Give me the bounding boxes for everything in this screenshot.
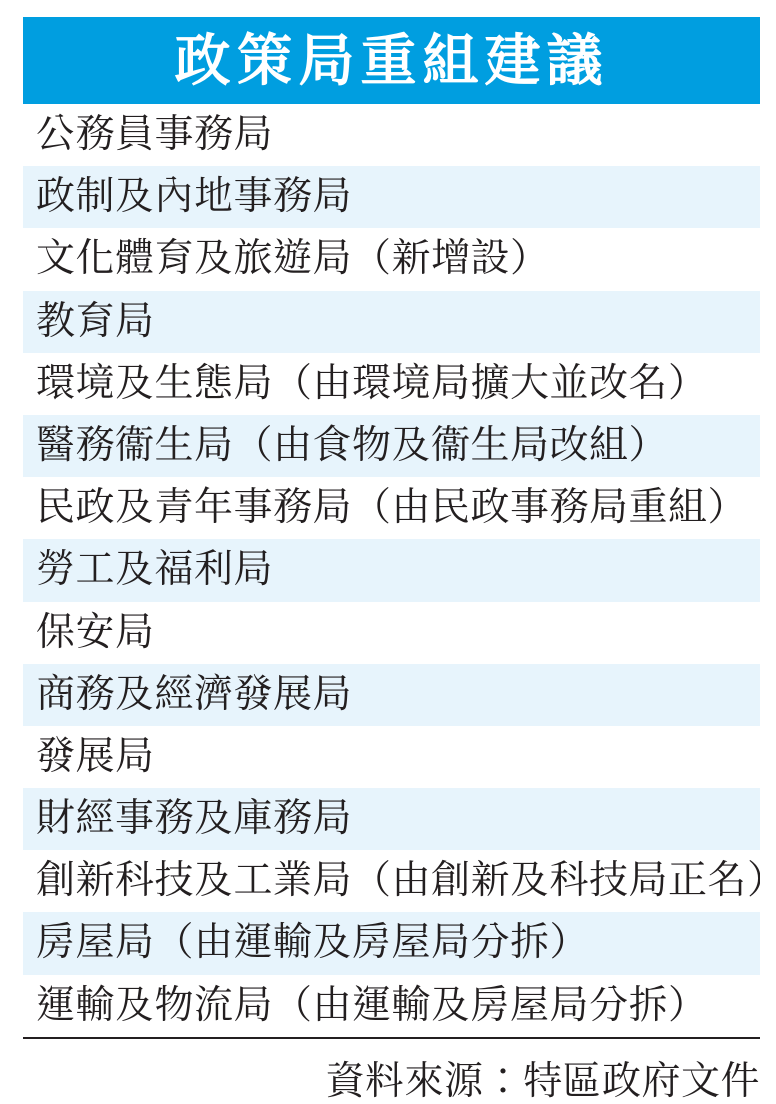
table-title: 政策局重組建議 [23,17,760,104]
table-row: 環境及生態局（由環境局擴大並改名） [23,353,760,415]
table-row: 房屋局（由運輸及房屋局分拆） [23,912,760,974]
table-row: 醫務衞生局（由食物及衞生局改組） [23,415,760,477]
table-row: 商務及經濟發展局 [23,664,760,726]
reorg-table: 政策局重組建議 公務員事務局 政制及內地事務局 文化體育及旅遊局（新增設） 教育… [23,17,760,1104]
table-row: 公務員事務局 [23,104,760,166]
table-row: 勞工及福利局 [23,539,760,601]
table-row: 財經事務及庫務局 [23,788,760,850]
table-row: 教育局 [23,291,760,353]
table-row: 民政及青年事務局（由民政事務局重組） [23,477,760,539]
table-row: 發展局 [23,726,760,788]
table-row: 保安局 [23,602,760,664]
table-body: 公務員事務局 政制及內地事務局 文化體育及旅遊局（新增設） 教育局 環境及生態局… [23,104,760,1037]
infographic-page: 政策局重組建議 公務員事務局 政制及內地事務局 文化體育及旅遊局（新增設） 教育… [0,0,776,1104]
source-credit: 資料來源：特區政府文件 [23,1039,760,1104]
table-row: 創新科技及工業局（由創新及科技局正名） [23,850,760,912]
table-row: 運輸及物流局（由運輸及房屋局分拆） [23,975,760,1037]
table-row: 文化體育及旅遊局（新增設） [23,228,760,290]
table-row: 政制及內地事務局 [23,166,760,228]
